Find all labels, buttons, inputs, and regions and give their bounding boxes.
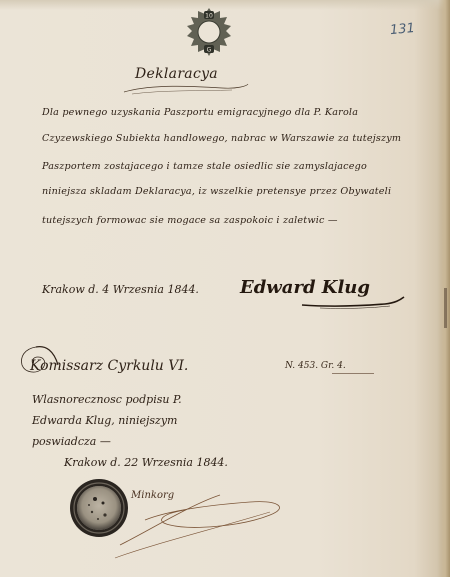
signature-flourish-icon: [300, 295, 410, 310]
reference-underline: [332, 373, 374, 374]
declaration-line-2: Czyzewskiego Subiekta handlowego, nabrac…: [42, 133, 401, 144]
certification-date: Krakow d. 22 Wrzesnia 1844.: [64, 456, 228, 469]
place-and-date: Krakow d. 4 Wrzesnia 1844.: [42, 283, 199, 296]
certification-line-1: Wlasnorecznosc podpisu P.: [32, 393, 182, 406]
svg-text:G: G: [207, 47, 212, 54]
page-edge-mark: [444, 288, 447, 328]
declaration-line-1: Dla pewnego uzyskania Paszportu emigracy…: [42, 107, 358, 118]
title-flourish-icon: [122, 80, 252, 96]
certification-line-3: poswiadcza —: [32, 435, 111, 448]
revenue-stamp-icon: 10 G: [183, 7, 235, 57]
svg-text:10: 10: [205, 13, 213, 20]
folio-number: 131: [389, 21, 415, 38]
commissioner-heading: Komissarz Cyrkulu VI.: [30, 358, 188, 374]
reference-number: N. 453. Gr. 4.: [285, 361, 346, 371]
certification-line-2: Edwarda Klug, niniejszym: [32, 414, 177, 427]
declaration-line-4: niniejsza skladam Deklaracya, iz wszelki…: [42, 186, 391, 197]
declaration-line-3: Paszportem zostajacego i tamze stale osi…: [42, 161, 367, 172]
declaration-line-5: tutejszych formowac sie mogace sa zaspok…: [42, 215, 338, 226]
official-signature: Minkorg: [131, 490, 174, 501]
document-page: 10 G 131 Deklaracya Dla pewnego uzyskani…: [0, 0, 450, 577]
